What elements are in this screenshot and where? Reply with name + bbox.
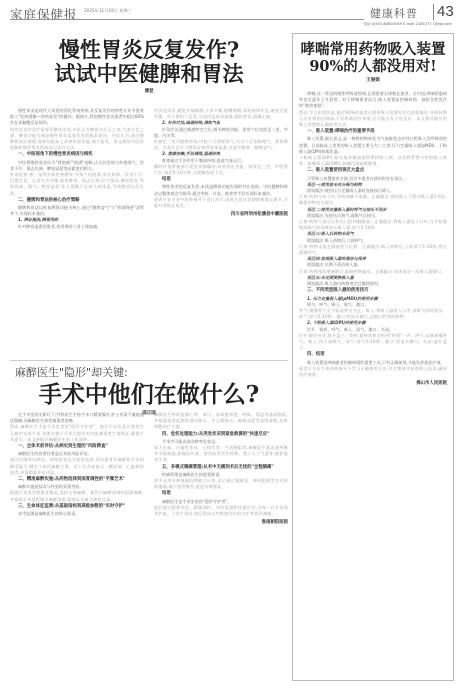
section-name: 健康科普 [370,5,418,21]
body-text: 后果:药物残留堵塞喷口,影响药物输出。正确做法:每周清洁一次吸入器喷口。 [299,269,447,275]
byline: 王丽娟 [293,77,453,83]
article-title: 慢性胃炎反复发作? 试试中医健脾和胃法 [10,38,288,86]
section-heading: 一、全体术前评估:从病史到生理的"风险筛查" [10,444,144,450]
column-1: 在手术室的无影灯下,外科医生手持手术刀精准操作,护士有条不紊地递送器械,而麻醉医… [10,412,144,692]
section-heading: 二、精准麻醉实施:从药物选择到深度调控的"平衡艺术" [10,477,144,483]
column-asthma: 哮喘,这一常见的慢性呼吸道疾病,正困扰着全球数亿患者。在中国,哮喘的患病率也呈逐… [299,91,447,676]
body-text: 打开:握住外壳,推开盖子。装药:旋转底座至听到"咔嗒"一声。呼气:远离吸嘴呼气。… [299,333,447,352]
body-text: 根据手术类型和患者情况,选择全身麻醉、椎管内麻醉或神经阻滞麻醉,并根据手术进程调… [10,490,144,502]
masthead: 家庭保健报 2025年11月19日 星期三 健康科普 43 电话:(0451)8… [0,0,464,28]
article-kicker: 麻醉医生"隐形"却关键: [15,364,288,380]
article-title: 哮喘常用药物吸入装置 90%的人都没用对! [293,42,453,75]
section-text: 健脾和胃法以恢复脾胃功能为核心,通过"健脾益气"与"和胃降逆"双管齐下,实现标本… [10,205,144,217]
article-divider [10,360,288,361]
body-text: 然而,麻醉医生才是手术室里的"隐形守护者"。他们不仅负责让患者在无痛中完成手术,… [10,424,144,443]
section-text: 吸入装置,顾名思义,是一种将药物转化为气溶胶状态并经口腔吸入至呼吸道的装置。目前… [299,136,447,155]
body-text: 后果:药物分布不均,导致剂量不准确。正确做法:使用前上下摇动吸入器5-6次,确保… [299,194,447,206]
section-heading: 结语 [154,491,288,497]
section-text: 错误做法:吸入器内药物用完后继续使用。 [299,281,447,287]
body-text: 外邪侵袭:寒、湿等外邪侵袭脾胃,导致气机阻滞,胃失和降。饮食不节:饥饱失常、过食… [10,172,144,197]
body-text: 患者应在医生或药师指导下学习正确使用方法,并定期复诊检查吸入技术,确保治疗效果。 [299,366,447,378]
body-text: 术中采用多种镇痛药物联合应用,术后通过镇痛泵、神经阻滞等方式持续镇痛,减少患者痛… [154,478,288,490]
column-1: 慢性胃炎是现代人常见的消化系统疾病,其反复发作的特性让许多患者陷入"吃药缓解—停… [10,108,144,354]
byline: 潘登 [10,88,288,94]
section-heading: 一、中医视角下的慢性胃炎病因与病机 [10,152,144,158]
section-heading: 结语 [154,177,288,183]
body-text: 通过详细询问病史、体格检查及实验室检查,评估患者对麻醉和手术的耐受能力,制定个体… [10,457,144,476]
column-2: 麻醉医生持续监测心率、血压、血氧饱和度、呼吸、体温等基础指标,并根据需要监测有创… [154,412,288,692]
body-text: 麻醉医生持续监测心率、血压、血氧饱和度、呼吸、体温等基础指标,并根据需要监测有创… [154,412,288,431]
section-heading: 二、健脾和胃法的核心治疗策略 [10,198,144,204]
body-text: 呼气:缓慢呼气至不能再呼出为止。吸入:将吸入器放入口中,深吸气同时按压。屏气:屏… [299,308,447,320]
body-text: 如大出血、过敏性休克、心律失常、气道梗阻等,麻醉医生需迅速判断并采取措施,如输血… [154,445,288,464]
title-line-2: 试试中医健脾和胃法 [10,62,288,86]
article-credit: 四川省阿坝州松潘县中藏医院 [154,212,288,218]
section-heading: 四、结语 [299,352,447,358]
section-heading: 四、危机处理能力:从突发状况到紧急救援的"快速反应" [154,432,288,438]
section-text: 中医将慢性胃炎归为"胃脘痛""痞满"范畴,认为其发病与外感邪气、饮食不节、情志失… [10,160,144,172]
section-text: 吸入装置是哮喘患者控制病情的重要工具,只有正确使用,才能发挥最佳疗效。 [299,360,447,366]
contact-info: 电话:(0451)84600049 E-mail:2184777 1@qq.co… [363,22,452,27]
intro-paragraph: 慢性胃炎是现代人常见的消化系统疾病,其反复发作的特性让许多患者陷入"吃药缓解—停… [10,108,144,127]
article-title: 手术中他们在做什么? [10,382,288,408]
article-credit: 佛山市人民医院 [299,381,447,387]
body-text: 慢性胃炎的治疗需要从整体出发,中医认为脾胃为后天之本,气血生化之源。脾胃功能失调… [10,127,144,152]
body-text: 后果:药物大部分沉积在口腔和咽喉部。正确做法:将吸入器放入口中,在开始缓慢深吸气… [299,219,447,231]
section-heading: 二、吸入装置使用误区大盘点 [299,168,447,174]
page-number-divider [433,4,434,20]
body-text: 针刺足三里可健脾和胃,中脘穴可调理胃气,内关穴可宽胸理气、和胃降逆。艾灸疗法对于… [154,139,288,151]
column-2: 饮食宜清淡,避免辛辣刺激,少食多餐,细嚼慢咽,保持规律作息,避免过度劳累。对于胃… [154,108,288,354]
body-text: 顺时针按摩腹部可促进胃肠蠕动,改善消化功能。按揉足三里、中脘等穴位,每次5-10… [154,164,288,176]
intro-paragraph: 哮喘,这一常见的慢性呼吸道疾病,正困扰着全球数亿患者。在中国,哮喘的患病率也呈逐… [299,91,447,110]
header-rule [10,19,364,20]
body-text: 患者应在专业中医师指导下进行治疗,同时注意饮食调理和情志调节,才能有效防止复发。 [154,197,288,209]
section-heading: 三、不同类型吸入器的使用技巧 [299,288,447,294]
article-gastritis: 慢性胃炎反复发作? 试试中医健脾和胃法 潘登 慢性胃炎是现代人常见的消化系统疾病… [10,30,288,355]
title-line-2: 90%的人都没用对! [293,59,453,76]
article-credit: 淮南朝阳医院 [154,520,288,526]
page-number: 43 [437,3,454,20]
title-line-1: 哮喘常用药物吸入装置 [293,42,453,59]
paper-name: 家庭保健报 [10,5,78,23]
body-text: 饮食宜清淡,避免辛辣刺激,少食多餐,细嚼慢咽,保持规律作息,避免过度劳累。对于胃… [154,108,288,120]
body-text: 后果:药物未能在肺部充分沉积。正确做法:吸入药物后,立即屏气5-10秒,然后缓慢… [299,244,447,256]
article-asthma: 哮喘常用药物吸入装置 90%的人都没用对! 王丽娟 哮喘,这一常见的慢性呼吸道疾… [292,33,454,681]
section-heading: 五、多模式镇痛管理:从术中无痛到术后无忧的"全程镇痛" [154,465,288,471]
body-text: 然而,令人担忧的是,超过90%的患者在使用吸入装置时存在错误操作,导致药物无法有… [299,110,447,129]
issue-date: 2025年11月19日 星期三 [84,8,132,14]
section-text: 慢性胃炎的反复发作,本质是脾胃功能失调的外在表现。中医健脾和胃法以整体观念为指导… [154,184,288,196]
section-heading: 三、生命体征监测:从基础指标到高级参数的"实时守护" [10,504,144,510]
section-text: 针灸疗法通过刺激特定穴位,调节脾胃功能。常用穴位包括足三里、中脘、内关等。 [154,127,288,139]
article-anesthesia: 麻醉医生"隐形"却关键: 手术中他们在做什么? 邵正国 在手术室的无影灯下,外科… [10,364,288,689]
intro-paragraph: 在手术室的无影灯下,外科医生手持手术刀精准操作,护士有条不紊地递送器械,而麻醉医… [10,412,144,424]
section-text: 针对脾胃虚弱型患者,常用香砂六君子汤加减。 [10,224,144,230]
body-text: 他们通过精准评估、精细调控、实时监测和快速应对,为每一台手术保驾护航。下次手术时… [154,505,288,517]
section-text: 术中监测是麻醉医生的核心职责。 [10,511,144,517]
title-line-1: 慢性胃炎反复发作? [10,38,288,62]
body-text: 干粉吸入器(DPI):如布地奈德福莫特罗粉吸入剂、沙美特罗替卡松粉吸入剂等。软雾… [299,155,447,167]
section-heading: 一、吸入装置:哮喘治疗的重要手段 [299,129,447,135]
